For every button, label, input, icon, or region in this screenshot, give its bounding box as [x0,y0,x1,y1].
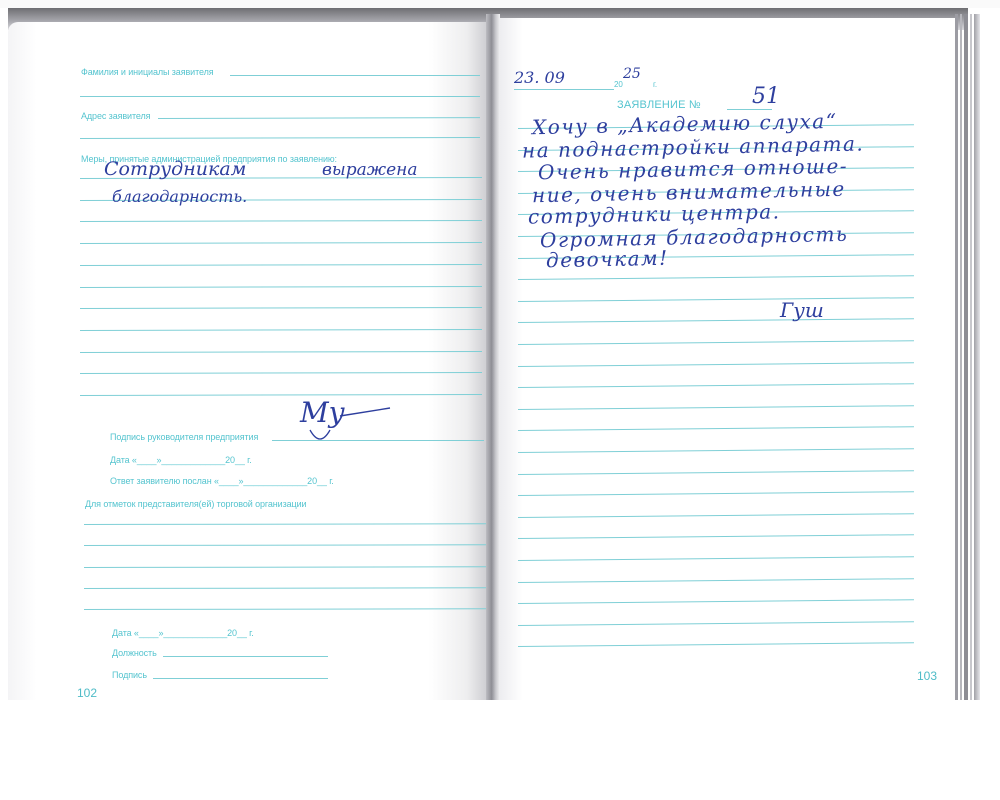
signature-stroke-icon [300,400,400,450]
position-label: Должность [112,648,157,658]
date-field[interactable] [514,89,614,90]
handwritten-measures-2: благодарность. [112,187,247,206]
applicant-name-label: Фамилия и инициалы заявителя [81,67,214,77]
position-field[interactable] [163,656,328,657]
page-edge [970,14,972,700]
handwritten-statement-number: 51 [752,84,780,109]
left-page [8,22,486,700]
page-edge [974,14,980,700]
applicant-signature: Гуш [780,298,824,322]
signature-label: Подпись [112,670,147,680]
statement-title: ЗАЯВЛЕНИЕ № [617,99,701,111]
applicant-name-line2[interactable] [80,96,480,97]
handwritten-measures-1b: выражена [322,160,417,180]
date-label: Дата «____»_____________20__ г. [110,455,252,465]
applicant-name-field[interactable] [230,75,480,76]
book-gutter [486,14,500,700]
manager-signature-label: Подпись руководителя предприятия [110,432,258,442]
page-edge [964,14,968,700]
date2-label: Дата «____»_____________20__ г. [112,628,254,638]
page-number-left: 102 [77,686,97,700]
page-number-right: 103 [917,669,937,683]
handwritten-measures-1a: Сотрудникам [104,158,246,180]
reply-sent-label: Ответ заявителю послан «____»___________… [110,476,334,486]
applicant-address-label: Адрес заявителя [81,111,150,121]
year-end: г. [653,80,657,89]
signature-field[interactable] [153,678,328,679]
trade-org-notes-label: Для отметок представителя(ей) торговой о… [85,499,306,509]
scan-background [0,0,1000,8]
page-edge [955,14,958,700]
handwritten-date: 23. 09 [514,68,565,87]
handwritten-year: 25 [623,66,641,82]
page-edge [960,14,962,700]
year-prefix: 20 [614,80,623,89]
handwritten-line: девочкам! [546,246,669,273]
ruled-line[interactable] [84,566,486,568]
